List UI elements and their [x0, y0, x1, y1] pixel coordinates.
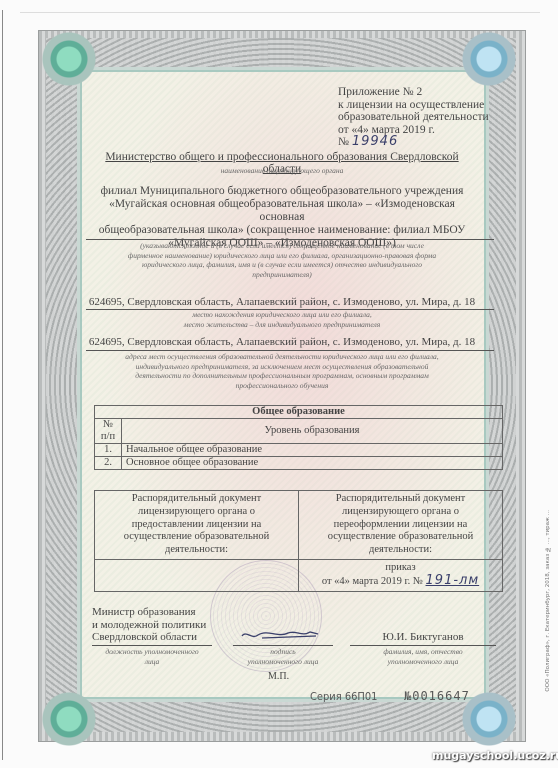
- appendix-line: образовательной деятельности: [338, 111, 489, 124]
- caption-line: должность уполномоченного: [92, 647, 212, 657]
- appendix-title: Приложение № 2: [338, 86, 489, 99]
- caption-line: уполномоченного лица: [350, 657, 496, 667]
- header-line: лицензирующего органа о: [99, 506, 294, 519]
- series-value: 66П01: [345, 690, 378, 703]
- row-number: 2.: [95, 457, 122, 470]
- header-line: лицензирующего органа о: [303, 506, 498, 519]
- divider: [86, 350, 494, 351]
- table-title-row: Общее образование: [95, 406, 503, 419]
- position-caption: должность уполномоченного лица: [92, 647, 212, 666]
- signer-name: Ю.И. Биктуганов: [350, 631, 496, 644]
- education-level: Основное общее образование: [122, 457, 503, 470]
- signature-icon: [238, 626, 328, 642]
- blank-number: №0016647: [404, 689, 470, 703]
- divider: [92, 645, 212, 646]
- site-watermark: mugayschool.ucoz.ru: [432, 749, 558, 762]
- divider: [350, 645, 496, 646]
- header-text: №: [99, 419, 117, 431]
- name-caption: фамилия, имя, отчество уполномоченного л…: [350, 647, 496, 666]
- header-line: переоформлении лицензии на: [303, 519, 498, 532]
- divider: [233, 645, 333, 646]
- caption-line: лица: [92, 657, 212, 667]
- caption-line: предпринимателя): [86, 270, 478, 280]
- header-text: п/п: [99, 431, 117, 443]
- corner-ornament-icon: [40, 688, 98, 750]
- caption-line: место жительства – для индивидуального п…: [86, 320, 478, 330]
- activity-address: 624695, Свердловская область, Алапаевски…: [86, 336, 478, 348]
- column-header-level: Уровень образования: [122, 419, 503, 444]
- decree-table: Распорядительный документ лицензирующего…: [94, 490, 503, 592]
- decree-header-row: Распорядительный документ лицензирующего…: [95, 491, 503, 560]
- activity-address-caption: адреса мест осуществления образовательно…: [86, 352, 478, 390]
- caption-line: адреса мест осуществления образовательно…: [86, 352, 478, 362]
- organization-caption: (указываются полное и (в случае если име…: [86, 241, 478, 279]
- table-row: 1. Начальное общее образование: [95, 444, 503, 457]
- appendix-header: Приложение № 2 к лицензии на осуществлен…: [338, 86, 489, 149]
- header-line: осуществление образовательной: [303, 531, 498, 544]
- legal-address: 624695, Свердловская область, Алапаевски…: [86, 296, 478, 308]
- table-row: 2. Основное общее образование: [95, 457, 503, 470]
- organization-line: филиал Муниципального бюджетного общеобр…: [86, 185, 478, 198]
- caption-line: юридического лица, фамилия, имя и (в слу…: [86, 260, 478, 270]
- organization-line: «Мугайская основная общеобразовательная …: [86, 198, 478, 224]
- stamp-place: М.П.: [268, 671, 289, 684]
- table-title: Общее образование: [95, 406, 503, 419]
- decree-value-row: приказ от «4» марта 2019 г. № 191-лм: [95, 559, 503, 591]
- decree-grant-header: Распорядительный документ лицензирующего…: [95, 491, 299, 560]
- divider: [86, 239, 494, 240]
- caption-line: место нахождения юридического лица или е…: [86, 310, 478, 320]
- corner-ornament-icon: [40, 28, 98, 90]
- education-level: Начальное общее образование: [122, 444, 503, 457]
- caption-line: профессионального обучения: [86, 381, 478, 391]
- decree-date: от «4» марта 2019 г. №: [322, 576, 423, 587]
- caption-line: уполномоченного лица: [233, 657, 333, 667]
- signature-caption: подпись уполномоченного лица: [233, 647, 333, 666]
- licensing-authority-caption: наименование лицензирующего органа: [86, 166, 478, 176]
- caption-line: индивидуального предпринимателя, за искл…: [86, 362, 478, 372]
- decree-reissue-header: Распорядительный документ лицензирующего…: [299, 491, 503, 560]
- table-header-row: № п/п Уровень образования: [95, 419, 503, 444]
- position-line: Министр образования: [92, 606, 206, 619]
- caption-line: подпись: [233, 647, 333, 657]
- header-line: Распорядительный документ: [303, 493, 498, 506]
- education-levels-table: Общее образование № п/п Уровень образова…: [94, 405, 503, 470]
- scan-edge-top: [20, 12, 540, 13]
- caption-line: (указываются полное и (в случае если име…: [86, 241, 478, 251]
- caption-line: фамилия, имя, отчество: [350, 647, 496, 657]
- header-line: предоставлении лицензии на: [99, 519, 294, 532]
- blank-series: Серия 66П01: [310, 690, 377, 703]
- legal-address-caption: место нахождения юридического лица или е…: [86, 310, 478, 329]
- position-line: и молодежной политики: [92, 619, 206, 632]
- decree-date-number: от «4» марта 2019 г. № 191-лм: [303, 575, 498, 589]
- blank-number-value: 0016647: [412, 689, 470, 703]
- appendix-number: № 19946: [338, 136, 489, 149]
- header-line: Распорядительный документ: [99, 493, 294, 506]
- printer-imprint: ООО «Полиграф», г. Екатеринбург, 2018, з…: [545, 510, 551, 692]
- decree-reissue-value: приказ от «4» марта 2019 г. № 191-лм: [299, 559, 503, 591]
- license-number-handwritten: 19946: [352, 134, 398, 149]
- header-line: осуществление образовательной: [99, 531, 294, 544]
- header-line: деятельности:: [99, 544, 294, 557]
- position-line: Свердловской области: [92, 631, 206, 644]
- corner-ornament-icon: [460, 28, 518, 90]
- decree-grant-value: [95, 559, 299, 591]
- caption-line: фирменное наименование) юридического лиц…: [86, 251, 478, 261]
- row-number: 1.: [95, 444, 122, 457]
- appendix-line: к лицензии на осуществление: [338, 99, 489, 112]
- number-sign: №: [404, 689, 412, 703]
- signer-position: Министр образования и молодежной политик…: [92, 606, 206, 644]
- decree-number-handwritten: 191-лм: [426, 573, 480, 588]
- scan-edge: [2, 10, 3, 760]
- caption-line: деятельности по дополнительным профессио…: [86, 371, 478, 381]
- number-sign: №: [338, 136, 349, 148]
- series-label: Серия: [310, 690, 342, 703]
- header-line: деятельности:: [303, 544, 498, 557]
- organization-line: общеобразовательная школа» (сокращенное …: [86, 224, 478, 237]
- column-header-number: № п/п: [95, 419, 122, 444]
